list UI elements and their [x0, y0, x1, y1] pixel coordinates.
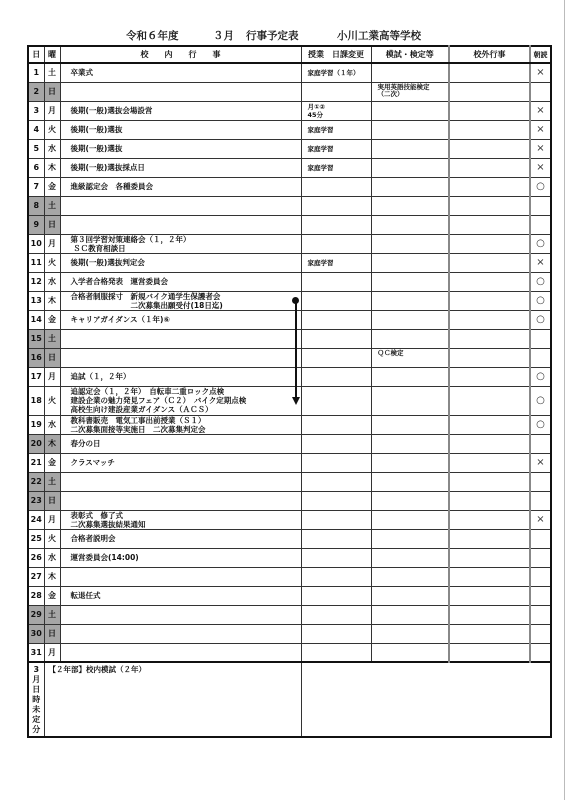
class-change-cell [301, 177, 371, 196]
weekday-cell: 日 [44, 491, 60, 510]
title-month: ３月 [213, 28, 234, 43]
event-cell: 後期(一般)選抜 [60, 139, 301, 158]
class-change-cell [301, 196, 371, 215]
morning-reading-mark [530, 548, 551, 567]
exam-cell: ＱＣ検定 [371, 348, 449, 367]
weekday-cell: 水 [44, 139, 60, 158]
period-arrow-line [295, 301, 297, 399]
outside-event-cell [449, 643, 530, 662]
table-row: 9日 [28, 215, 551, 234]
table-row: 26水運営委員会(14:00) [28, 548, 551, 567]
exam-cell [371, 177, 449, 196]
day-cell: 26 [28, 548, 44, 567]
outside-event-cell [449, 234, 530, 253]
class-change-cell [301, 434, 371, 453]
outside-event-cell [449, 624, 530, 643]
weekday-cell: 木 [44, 567, 60, 586]
weekday-cell: 水 [44, 272, 60, 291]
table-row: 12水入学者合格発表 運営委員会○ [28, 272, 551, 291]
class-change-cell [301, 329, 371, 348]
class-change-cell [301, 386, 371, 415]
exam-cell [371, 101, 449, 120]
day-cell: 22 [28, 472, 44, 491]
table-row: 3月後期(一般)選抜会場設営月①② 45分× [28, 101, 551, 120]
table-row: 27木 [28, 567, 551, 586]
day-cell: 2 [28, 82, 44, 101]
morning-reading-mark [530, 643, 551, 662]
exam-cell [371, 624, 449, 643]
class-change-cell [301, 291, 371, 310]
outside-event-cell [449, 472, 530, 491]
weekday-cell: 水 [44, 415, 60, 434]
outside-event-cell [449, 158, 530, 177]
outside-event-cell [449, 101, 530, 120]
day-cell: 12 [28, 272, 44, 291]
outside-event-cell [449, 329, 530, 348]
weekday-cell: 火 [44, 120, 60, 139]
outside-event-cell [449, 253, 530, 272]
exam-cell [371, 472, 449, 491]
class-change-cell: 家庭学習（１年） [301, 63, 371, 82]
day-cell: 6 [28, 158, 44, 177]
morning-reading-mark [530, 586, 551, 605]
exam-cell [371, 567, 449, 586]
weekday-cell: 土 [44, 329, 60, 348]
weekday-cell: 日 [44, 624, 60, 643]
exam-cell [371, 367, 449, 386]
event-cell [60, 348, 301, 367]
outside-event-cell [449, 82, 530, 101]
exam-cell [371, 272, 449, 291]
weekday-cell: 土 [44, 605, 60, 624]
exam-cell [371, 63, 449, 82]
col-class-change: 授業 日課変更 [301, 46, 371, 63]
day-cell: 29 [28, 605, 44, 624]
morning-reading-mark [530, 348, 551, 367]
outside-event-cell [449, 310, 530, 329]
class-change-cell: 月①② 45分 [301, 101, 371, 120]
outside-event-cell [449, 434, 530, 453]
class-change-cell [301, 82, 371, 101]
morning-reading-mark: × [530, 139, 551, 158]
class-change-cell [301, 310, 371, 329]
outside-event-cell [449, 386, 530, 415]
title-school: 小川工業高等学校 [337, 28, 421, 43]
event-cell [60, 567, 301, 586]
weekday-cell: 月 [44, 643, 60, 662]
day-cell: 15 [28, 329, 44, 348]
exam-cell [371, 329, 449, 348]
event-cell: 第３回学習対策連絡会（１，２年） ＳＣ教育相談日 [60, 234, 301, 253]
class-change-cell [301, 643, 371, 662]
weekday-cell: 木 [44, 158, 60, 177]
day-cell: 11 [28, 253, 44, 272]
weekday-cell: 日 [44, 348, 60, 367]
class-change-cell [301, 529, 371, 548]
day-cell: 14 [28, 310, 44, 329]
exam-cell [371, 453, 449, 472]
event-cell: キャリアガイダンス（１年)⑥ [60, 310, 301, 329]
exam-cell [371, 510, 449, 529]
table-row: 25火合格者説明会 [28, 529, 551, 548]
exam-cell [371, 643, 449, 662]
table-row: 19水教科書販売 電気工事出前授業（Ｓ１） 二次募集面接等実施日 二次募集判定会… [28, 415, 551, 434]
table-row: 18火追認定会（１，２年） 自転車二重ロック点検 建設企業の魅力発見フェア（Ｃ２… [28, 386, 551, 415]
outside-event-cell [449, 367, 530, 386]
table-row: 20木春分の日 [28, 434, 551, 453]
weekday-cell: 火 [44, 529, 60, 548]
outside-event-cell [449, 510, 530, 529]
exam-cell [371, 158, 449, 177]
class-change-cell: 家庭学習 [301, 253, 371, 272]
weekday-cell: 日 [44, 82, 60, 101]
day-cell: 13 [28, 291, 44, 310]
table-row: 17月追試（１，２年）○ [28, 367, 551, 386]
event-cell: 運営委員会(14:00) [60, 548, 301, 567]
morning-reading-mark: ○ [530, 415, 551, 434]
class-change-cell [301, 234, 371, 253]
morning-reading-mark: ○ [530, 291, 551, 310]
weekday-cell: 月 [44, 234, 60, 253]
event-cell: 後期(一般)選抜会場設営 [60, 101, 301, 120]
day-cell: 23 [28, 491, 44, 510]
event-cell: 後期(一般)選抜 [60, 120, 301, 139]
morning-reading-mark: × [530, 510, 551, 529]
exam-cell [371, 234, 449, 253]
event-cell: 転退任式 [60, 586, 301, 605]
outside-event-cell [449, 548, 530, 567]
morning-reading-mark [530, 196, 551, 215]
table-row: 29土 [28, 605, 551, 624]
morning-reading-mark: × [530, 453, 551, 472]
morning-reading-mark [530, 329, 551, 348]
class-change-cell [301, 453, 371, 472]
day-cell: 28 [28, 586, 44, 605]
outside-event-cell [449, 529, 530, 548]
event-cell [60, 643, 301, 662]
class-change-cell [301, 472, 371, 491]
event-cell [60, 329, 301, 348]
day-cell: 19 [28, 415, 44, 434]
col-school-events: 校 内 行 事 [60, 46, 301, 63]
day-cell: 27 [28, 567, 44, 586]
outside-event-cell [449, 605, 530, 624]
header-row: 日 曜 校 内 行 事 授業 日課変更 模試・検定等 校外行事 朝読 [28, 46, 551, 63]
day-cell: 20 [28, 434, 44, 453]
title-era-year: 令和６年度 [126, 28, 179, 43]
class-change-cell [301, 215, 371, 234]
exam-cell: 実用英語技能検定 （二次） [371, 82, 449, 101]
day-cell: 5 [28, 139, 44, 158]
table-row: 6木後期(一般)選抜採点日家庭学習× [28, 158, 551, 177]
exam-cell [371, 310, 449, 329]
event-cell: 追認定会（１，２年） 自転車二重ロック点検 建設企業の魅力発見フェア（Ｃ２） バ… [60, 386, 301, 415]
class-change-cell: 家庭学習 [301, 158, 371, 177]
day-cell: 7 [28, 177, 44, 196]
event-cell: 表彰式 修了式 二次募集選抜結果通知 [60, 510, 301, 529]
table-row: 10月第３回学習対策連絡会（１，２年） ＳＣ教育相談日○ [28, 234, 551, 253]
weekday-cell: 水 [44, 548, 60, 567]
class-change-cell [301, 272, 371, 291]
morning-reading-mark: ○ [530, 386, 551, 415]
event-cell [60, 196, 301, 215]
class-change-cell [301, 510, 371, 529]
morning-reading-mark: × [530, 158, 551, 177]
day-cell: 3 [28, 101, 44, 120]
event-cell: 合格者制服採寸 新規バイク通学生保護者会 二次募集出願受付(18日迄) [60, 291, 301, 310]
exam-cell [371, 120, 449, 139]
morning-reading-mark: ○ [530, 177, 551, 196]
day-cell: 25 [28, 529, 44, 548]
outside-event-cell [449, 63, 530, 82]
morning-reading-mark [530, 434, 551, 453]
day-cell: 30 [28, 624, 44, 643]
morning-reading-mark [530, 529, 551, 548]
table-row: 7金進級認定会 各種委員会○ [28, 177, 551, 196]
outside-event-cell [449, 215, 530, 234]
exam-cell [371, 415, 449, 434]
morning-reading-mark [530, 215, 551, 234]
morning-reading-mark: × [530, 63, 551, 82]
day-cell: 9 [28, 215, 44, 234]
event-cell: 進級認定会 各種委員会 [60, 177, 301, 196]
outside-event-cell [449, 272, 530, 291]
morning-reading-mark [530, 472, 551, 491]
event-cell [60, 605, 301, 624]
outside-event-cell [449, 196, 530, 215]
weekday-cell: 金 [44, 586, 60, 605]
event-cell [60, 491, 301, 510]
exam-cell [371, 139, 449, 158]
table-row: 14金キャリアガイダンス（１年)⑥○ [28, 310, 551, 329]
table-row: 8土 [28, 196, 551, 215]
weekday-cell: 火 [44, 386, 60, 415]
day-cell: 24 [28, 510, 44, 529]
event-cell: 合格者説明会 [60, 529, 301, 548]
exam-cell [371, 196, 449, 215]
morning-reading-mark: ○ [530, 272, 551, 291]
class-change-cell [301, 491, 371, 510]
outside-event-cell [449, 139, 530, 158]
event-cell: クラスマッチ [60, 453, 301, 472]
weekday-cell: 日 [44, 215, 60, 234]
day-cell: 21 [28, 453, 44, 472]
weekday-cell: 金 [44, 453, 60, 472]
day-cell: 4 [28, 120, 44, 139]
arrow-down-icon [292, 397, 300, 405]
morning-reading-mark: ○ [530, 367, 551, 386]
morning-reading-mark [530, 624, 551, 643]
exam-cell [371, 434, 449, 453]
event-cell: 教科書販売 電気工事出前授業（Ｓ１） 二次募集面接等実施日 二次募集判定会 [60, 415, 301, 434]
event-cell: 後期(一般)選抜判定会 [60, 253, 301, 272]
class-change-cell [301, 586, 371, 605]
exam-cell [371, 548, 449, 567]
undecided-row: 3 月 日 時 未 定 分 【２年部】校内模試（２年） [28, 662, 551, 737]
event-cell: 春分の日 [60, 434, 301, 453]
outside-event-cell [449, 491, 530, 510]
day-cell: 1 [28, 63, 44, 82]
event-cell [60, 624, 301, 643]
event-cell [60, 472, 301, 491]
morning-reading-mark: × [530, 101, 551, 120]
class-change-cell [301, 548, 371, 567]
class-change-cell: 家庭学習 [301, 139, 371, 158]
exam-cell [371, 291, 449, 310]
event-cell [60, 215, 301, 234]
table-row: 31月 [28, 643, 551, 662]
weekday-cell: 木 [44, 434, 60, 453]
weekday-cell: 月 [44, 510, 60, 529]
table-row: 22土 [28, 472, 551, 491]
page-edge [564, 0, 568, 800]
morning-reading-mark [530, 491, 551, 510]
outside-event-cell [449, 586, 530, 605]
weekday-cell: 月 [44, 101, 60, 120]
outside-event-cell [449, 567, 530, 586]
event-cell: 追試（１，２年） [60, 367, 301, 386]
col-day: 日 [28, 46, 44, 63]
exam-cell [371, 386, 449, 415]
day-cell: 17 [28, 367, 44, 386]
table-row: 24月表彰式 修了式 二次募集選抜結果通知× [28, 510, 551, 529]
outside-event-cell [449, 348, 530, 367]
title-doc-name: 行事予定表 [246, 28, 299, 43]
weekday-cell: 金 [44, 310, 60, 329]
outside-event-cell [449, 453, 530, 472]
day-cell: 18 [28, 386, 44, 415]
morning-reading-mark [530, 605, 551, 624]
undecided-content: 【２年部】校内模試（２年） [44, 662, 301, 737]
event-cell: 入学者合格発表 運営委員会 [60, 272, 301, 291]
day-cell: 16 [28, 348, 44, 367]
col-outside-events: 校外行事 [449, 46, 530, 63]
weekday-cell: 木 [44, 291, 60, 310]
weekday-cell: 火 [44, 253, 60, 272]
class-change-cell [301, 567, 371, 586]
exam-cell [371, 253, 449, 272]
outside-event-cell [449, 415, 530, 434]
table-row: 2日実用英語技能検定 （二次） [28, 82, 551, 101]
col-weekday: 曜 [44, 46, 60, 63]
col-exams: 模試・検定等 [371, 46, 449, 63]
exam-cell [371, 586, 449, 605]
morning-reading-mark: × [530, 120, 551, 139]
morning-reading-mark: × [530, 253, 551, 272]
undecided-right [301, 662, 551, 737]
table-row: 1土卒業式家庭学習（１年）× [28, 63, 551, 82]
event-cell: 卒業式 [60, 63, 301, 82]
morning-reading-mark [530, 567, 551, 586]
table-row: 13木合格者制服採寸 新規バイク通学生保護者会 二次募集出願受付(18日迄)○ [28, 291, 551, 310]
weekday-cell: 土 [44, 472, 60, 491]
morning-reading-mark [530, 82, 551, 101]
table-row: 11火後期(一般)選抜判定会家庭学習× [28, 253, 551, 272]
class-change-cell [301, 348, 371, 367]
table-row: 21金クラスマッチ× [28, 453, 551, 472]
class-change-cell: 家庭学習 [301, 120, 371, 139]
outside-event-cell [449, 177, 530, 196]
col-morning-reading: 朝読 [530, 46, 551, 63]
class-change-cell [301, 367, 371, 386]
exam-cell [371, 529, 449, 548]
weekday-cell: 土 [44, 63, 60, 82]
day-cell: 8 [28, 196, 44, 215]
day-cell: 10 [28, 234, 44, 253]
morning-reading-mark: ○ [530, 234, 551, 253]
weekday-cell: 金 [44, 177, 60, 196]
class-change-cell [301, 624, 371, 643]
day-cell: 31 [28, 643, 44, 662]
undecided-label: 3 月 日 時 未 定 分 [28, 662, 44, 737]
weekday-cell: 月 [44, 367, 60, 386]
morning-reading-mark: ○ [530, 310, 551, 329]
outside-event-cell [449, 291, 530, 310]
table-row: 28金転退任式 [28, 586, 551, 605]
class-change-cell [301, 415, 371, 434]
table-row: 30日 [28, 624, 551, 643]
event-cell: 後期(一般)選抜採点日 [60, 158, 301, 177]
document-title: 令和６年度 ３月 行事予定表 小川工業高等学校 [0, 28, 568, 42]
outside-event-cell [449, 120, 530, 139]
table-row: 15土 [28, 329, 551, 348]
class-change-cell [301, 605, 371, 624]
schedule-table: 日 曜 校 内 行 事 授業 日課変更 模試・検定等 校外行事 朝読 1土卒業式… [27, 45, 552, 738]
table-row: 5水後期(一般)選抜家庭学習× [28, 139, 551, 158]
exam-cell [371, 605, 449, 624]
exam-cell [371, 215, 449, 234]
table-row: 16日ＱＣ検定 [28, 348, 551, 367]
table-row: 4火後期(一般)選抜家庭学習× [28, 120, 551, 139]
exam-cell [371, 491, 449, 510]
weekday-cell: 土 [44, 196, 60, 215]
table-row: 23日 [28, 491, 551, 510]
event-cell [60, 82, 301, 101]
